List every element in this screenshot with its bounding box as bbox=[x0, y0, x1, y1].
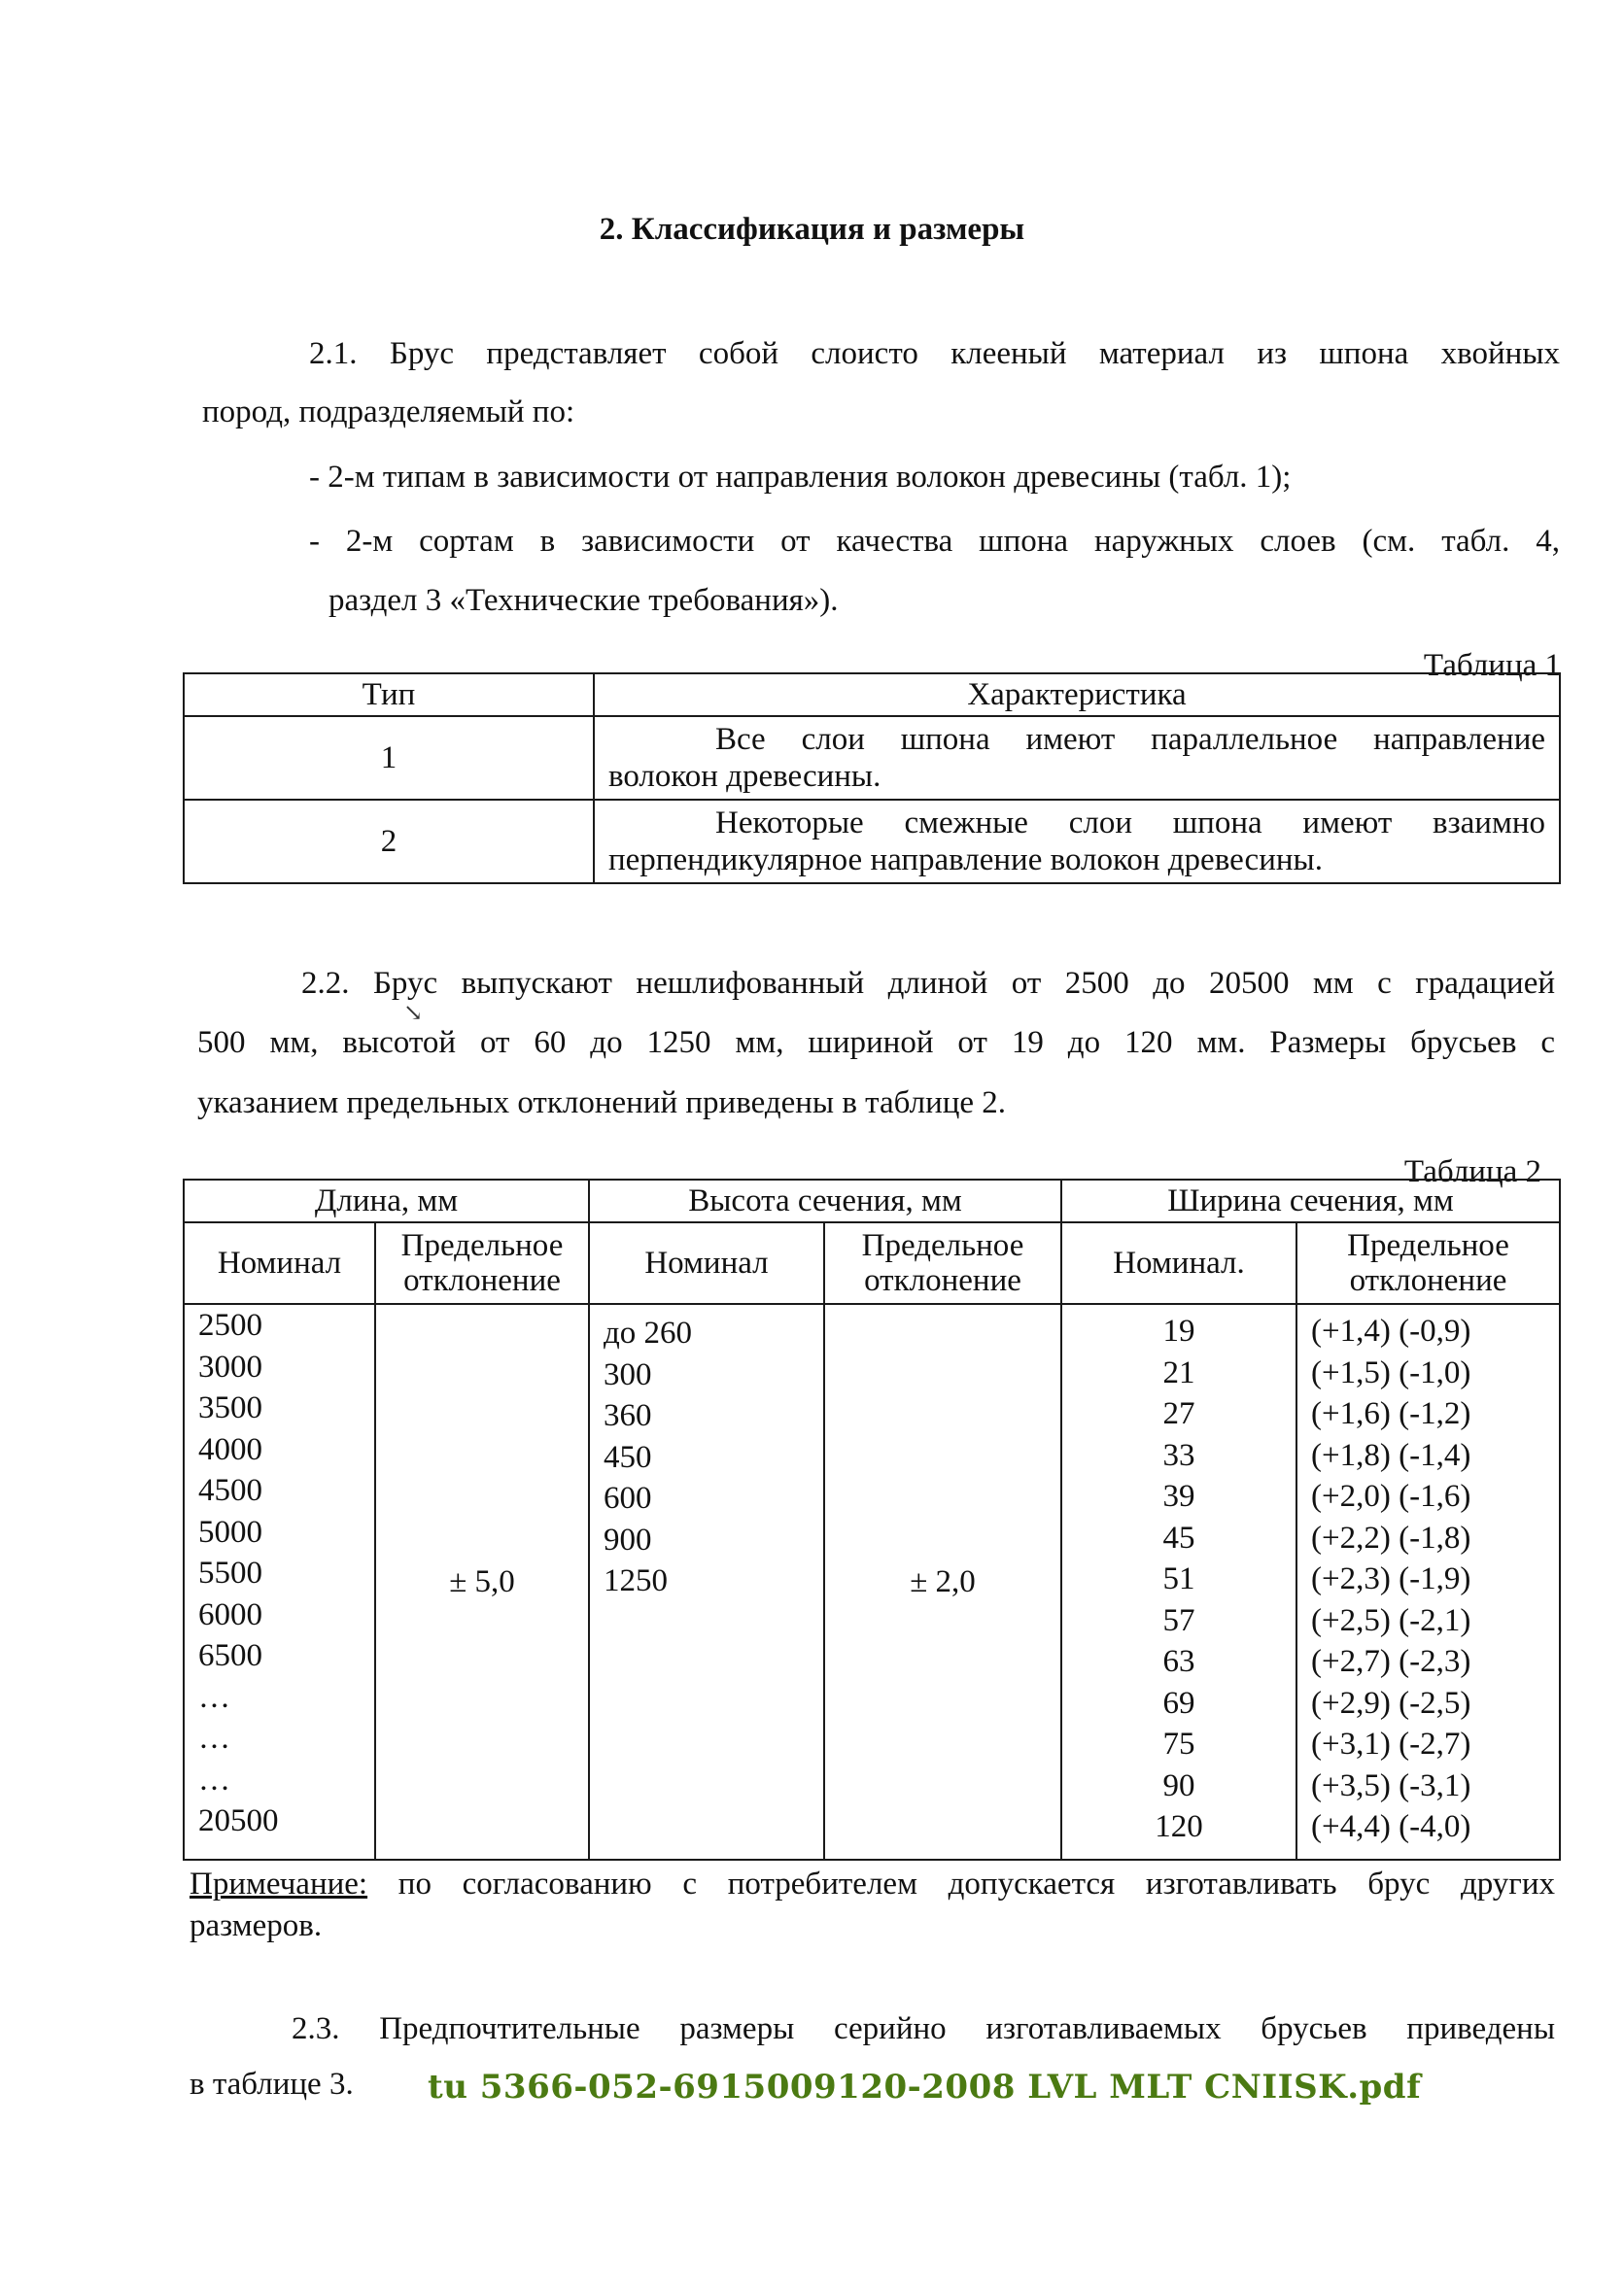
width-nominal-cell: 192127333945515763697590120 bbox=[1061, 1304, 1296, 1860]
width-deviation-value: (+3,5) (-3,1) bbox=[1311, 1765, 1559, 1807]
width-deviation-value: (+1,8) (-1,4) bbox=[1311, 1435, 1559, 1477]
width-nominal-value: 39 bbox=[1062, 1476, 1296, 1518]
table2-header-length: Длина, мм bbox=[184, 1180, 589, 1222]
width-nominal-value: 75 bbox=[1062, 1724, 1296, 1765]
paragraph-2-2-line2: 500 мм, высотой от 60 до 1250 мм, ширино… bbox=[197, 1023, 1555, 1062]
width-nominal-list: 192127333945515763697590120 bbox=[1062, 1311, 1296, 1848]
length-nominal-value: 6000 bbox=[198, 1594, 374, 1636]
table1: Тип Характеристика 1 Все слои шпона имею… bbox=[183, 672, 1561, 884]
deviation-header-line1: Предельное bbox=[376, 1228, 588, 1263]
table1-header-type: Тип bbox=[184, 673, 594, 716]
table2: Длина, мм Высота сечения, мм Ширина сече… bbox=[183, 1179, 1561, 1861]
table-row: 1 Все слои шпона имеют параллельное напр… bbox=[184, 716, 1560, 800]
width-deviation-value: (+3,1) (-2,7) bbox=[1311, 1724, 1559, 1765]
length-nominal-list: 250030003500400045005000550060006500………2… bbox=[198, 1305, 374, 1842]
table2-note: Примечание: по согласованию с потребител… bbox=[190, 1865, 1555, 1903]
height-nominal-list: до 2603003604506009001250 bbox=[604, 1313, 823, 1602]
table-row: 2 Некоторые смежные слои шпона имеют вза… bbox=[184, 800, 1560, 883]
length-nominal-value: 2500 bbox=[198, 1305, 374, 1347]
table1-type-cell: 2 bbox=[184, 800, 594, 883]
deviation-header-line1: Предельное bbox=[1297, 1228, 1559, 1263]
length-nominal-value: … bbox=[198, 1677, 374, 1719]
length-nominal-value: 5000 bbox=[198, 1512, 374, 1554]
note-label: Примечание: bbox=[190, 1867, 367, 1902]
width-nominal-value: 27 bbox=[1062, 1393, 1296, 1435]
height-nominal-value: 1250 bbox=[604, 1560, 823, 1602]
width-deviation-value: (+2,7) (-2,3) bbox=[1311, 1641, 1559, 1683]
paragraph-2-2-line3: указанием предельных отклонений приведен… bbox=[197, 1083, 1006, 1122]
deviation-header-line2: отклонение bbox=[376, 1263, 588, 1298]
length-nominal-value: 5500 bbox=[198, 1553, 374, 1594]
bullet-types: - 2-м типам в зависимости от направления… bbox=[309, 458, 1291, 497]
width-deviation-value: (+2,0) (-1,6) bbox=[1311, 1476, 1559, 1518]
width-deviation-value: (+2,2) (-1,8) bbox=[1311, 1518, 1559, 1559]
height-nominal-header: Номинал bbox=[589, 1222, 824, 1304]
width-nominal-value: 63 bbox=[1062, 1641, 1296, 1683]
width-deviation-header: Предельное отклонение bbox=[1296, 1222, 1560, 1304]
width-deviation-value: (+1,6) (-1,2) bbox=[1311, 1393, 1559, 1435]
table-row: 250030003500400045005000550060006500………2… bbox=[184, 1304, 1560, 1860]
table1-type-cell: 1 bbox=[184, 716, 594, 800]
length-nominal-value: 20500 bbox=[198, 1800, 374, 1842]
width-nominal-value: 69 bbox=[1062, 1683, 1296, 1725]
length-nominal-value: 4000 bbox=[198, 1429, 374, 1471]
width-deviation-value: (+4,4) (-4,0) bbox=[1311, 1806, 1559, 1848]
length-nominal-cell: 250030003500400045005000550060006500………2… bbox=[184, 1304, 375, 1860]
width-nominal-value: 33 bbox=[1062, 1435, 1296, 1477]
note-text: по согласованию с потребителем допускает… bbox=[367, 1867, 1555, 1902]
watermark-filename: tu 5366-052-6915009120-2008 LVL MLT CNII… bbox=[428, 2068, 1421, 2107]
deviation-header-line1: Предельное bbox=[825, 1228, 1060, 1263]
paragraph-2-3-line1: 2.3. Предпочтительные размеры серийно из… bbox=[292, 2009, 1555, 2048]
height-nominal-value: 900 bbox=[604, 1520, 823, 1561]
width-nominal-header: Номинал. bbox=[1061, 1222, 1296, 1304]
height-nominal-value: 450 bbox=[604, 1437, 823, 1479]
width-nominal-value: 90 bbox=[1062, 1765, 1296, 1807]
length-nominal-value: 3500 bbox=[198, 1388, 374, 1429]
width-nominal-value: 21 bbox=[1062, 1353, 1296, 1394]
width-deviation-value: (+2,5) (-2,1) bbox=[1311, 1600, 1559, 1642]
paragraph-2-1-line1: 2.1. Брус представляет собой слоисто кле… bbox=[309, 334, 1560, 373]
height-nominal-value: 360 bbox=[604, 1395, 823, 1437]
deviation-header-line2: отклонение bbox=[1297, 1263, 1559, 1298]
length-deviation-cell: ± 5,0 bbox=[375, 1304, 589, 1860]
width-deviation-cell: (+1,4) (-0,9)(+1,5) (-1,0)(+1,6) (-1,2)(… bbox=[1296, 1304, 1560, 1860]
width-deviation-list: (+1,4) (-0,9)(+1,5) (-1,0)(+1,6) (-1,2)(… bbox=[1311, 1311, 1559, 1848]
paragraph-2-3-line2: в таблице 3. bbox=[190, 2065, 354, 2104]
characteristic-line1: Некоторые смежные слои шпона имеют взаим… bbox=[608, 805, 1545, 841]
table2-header-width: Ширина сечения, мм bbox=[1061, 1180, 1560, 1222]
width-deviation-value: (+1,4) (-0,9) bbox=[1311, 1311, 1559, 1353]
length-nominal-value: 3000 bbox=[198, 1347, 374, 1388]
bullet-grades: - 2-м сортам в зависимости от качества ш… bbox=[309, 522, 1560, 561]
length-nominal-value: 4500 bbox=[198, 1470, 374, 1512]
width-deviation-value: (+1,5) (-1,0) bbox=[1311, 1353, 1559, 1394]
height-nominal-value: 600 bbox=[604, 1478, 823, 1520]
width-nominal-value: 120 bbox=[1062, 1806, 1296, 1848]
width-nominal-value: 51 bbox=[1062, 1559, 1296, 1600]
length-nominal-value: … bbox=[198, 1760, 374, 1801]
length-nominal-header: Номинал bbox=[184, 1222, 375, 1304]
section-title: 2. Классификация и размеры bbox=[0, 212, 1624, 248]
table1-characteristic-cell: Некоторые смежные слои шпона имеют взаим… bbox=[594, 800, 1560, 883]
height-nominal-cell: до 2603003604506009001250 bbox=[589, 1304, 824, 1860]
table1-characteristic-cell: Все слои шпона имеют параллельное направ… bbox=[594, 716, 1560, 800]
characteristic-line2: волокон древесины. bbox=[608, 758, 1545, 795]
table2-note-line2: размеров. bbox=[190, 1906, 322, 1945]
width-deviation-value: (+2,9) (-2,5) bbox=[1311, 1683, 1559, 1725]
length-nominal-value: … bbox=[198, 1718, 374, 1760]
characteristic-line2: перпендикулярное направление волокон дре… bbox=[608, 841, 1545, 878]
height-deviation-cell: ± 2,0 bbox=[824, 1304, 1061, 1860]
width-nominal-value: 19 bbox=[1062, 1311, 1296, 1353]
paragraph-2-2-line1: 2.2. Брус выпускают нешлифованный длиной… bbox=[301, 964, 1555, 1003]
width-deviation-value: (+2,3) (-1,9) bbox=[1311, 1559, 1559, 1600]
length-nominal-value: 6500 bbox=[198, 1635, 374, 1677]
height-nominal-value: до 260 bbox=[604, 1313, 823, 1354]
height-deviation-header: Предельное отклонение bbox=[824, 1222, 1061, 1304]
paragraph-2-1-line2: пород, подразделяемый по: bbox=[202, 393, 574, 431]
width-nominal-value: 45 bbox=[1062, 1518, 1296, 1559]
width-nominal-value: 57 bbox=[1062, 1600, 1296, 1642]
table1-header-characteristic: Характеристика bbox=[594, 673, 1560, 716]
characteristic-line1: Все слои шпона имеют параллельное направ… bbox=[608, 721, 1545, 758]
bullet-grades-cont: раздел 3 «Технические требования»). bbox=[328, 581, 839, 620]
height-nominal-value: 300 bbox=[604, 1354, 823, 1396]
length-deviation-header: Предельное отклонение bbox=[375, 1222, 589, 1304]
deviation-header-line2: отклонение bbox=[825, 1263, 1060, 1298]
table2-header-height: Высота сечения, мм bbox=[589, 1180, 1061, 1222]
